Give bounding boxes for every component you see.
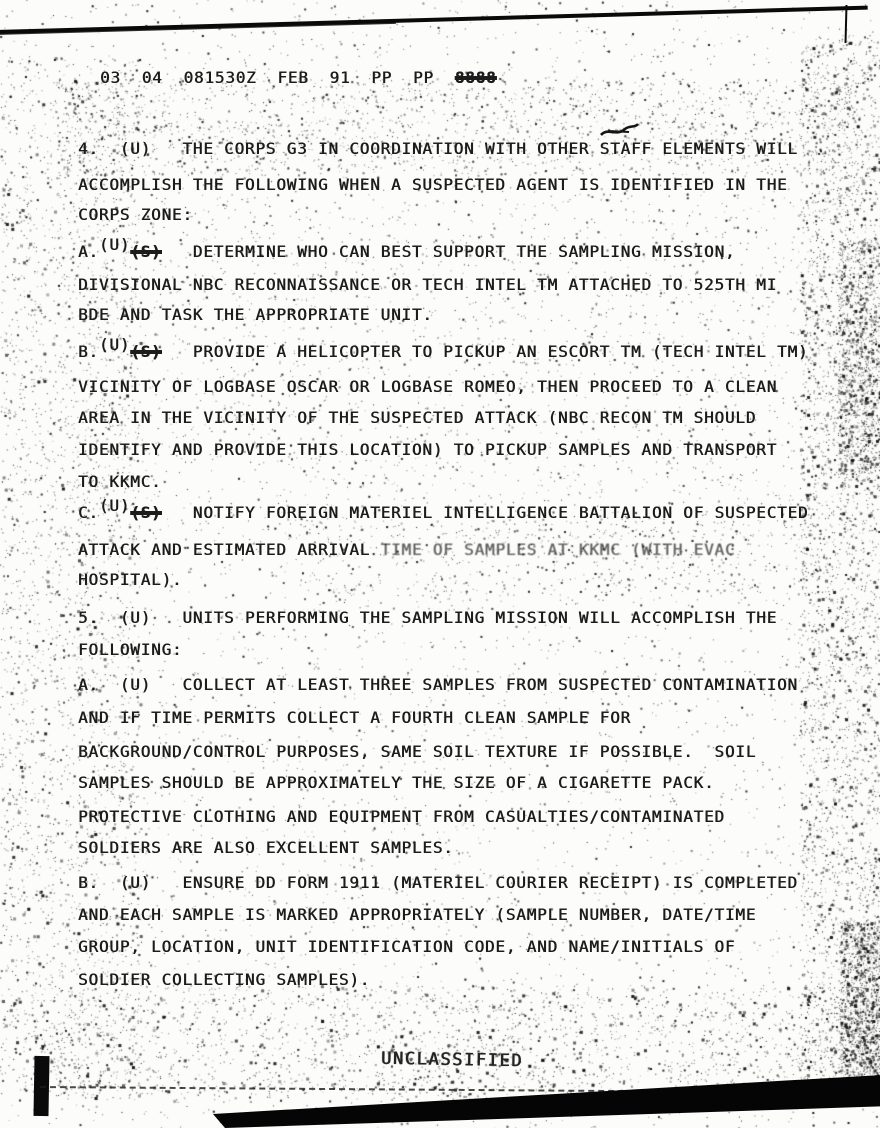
line-segment: SAMPLES SHOULD BE APPROXIMATELY THE SIZE…: [78, 773, 714, 792]
header-dtg-line: 03 04 081530Z FEB 91 PP PP 8888: [100, 68, 496, 87]
line-segment: A. (U) COLLECT AT LEAST THREE SAMPLES FR…: [78, 675, 798, 694]
line-segment: TO KKMC.: [78, 472, 161, 491]
para-4c-line-2: ATTACK AND ESTIMATED ARRIVAL TIME OF SAM…: [78, 540, 735, 559]
line-segment: (U): [99, 335, 130, 354]
line-segment: BDE AND TASK THE APPROPRIATE UNIT.: [78, 305, 433, 324]
line-segment: AND EACH SAMPLE IS MARKED APPROPRIATELY …: [78, 905, 756, 924]
para-5-line-1: 5. (U) UNITS PERFORMING THE SAMPLING MIS…: [78, 608, 777, 627]
para-5a-line-4: SAMPLES SHOULD BE APPROXIMATELY THE SIZE…: [78, 773, 714, 792]
para-5a-line-1: A. (U) COLLECT AT LEAST THREE SAMPLES FR…: [78, 675, 798, 694]
line-segment: 5. (U) UNITS PERFORMING THE SAMPLING MIS…: [78, 608, 777, 627]
para-5b-line-2: AND EACH SAMPLE IS MARKED APPROPRIATELY …: [78, 905, 756, 924]
para-4b-line-5: TO KKMC.: [78, 472, 161, 491]
para-5b-line-3: GROUP, LOCATION, UNIT IDENTIFICATION COD…: [78, 937, 735, 956]
para-4c-line-3: HOSPITAL).: [78, 570, 182, 589]
line-segment: SOLDIER COLLECTING SAMPLES).: [78, 970, 370, 989]
line-segment: PROTECTIVE CLOTHING AND EQUIPMENT FROM C…: [78, 807, 725, 826]
para-4b-line-1: B.(U)(S) PROVIDE A HELICOPTER TO PICKUP …: [78, 342, 808, 361]
para-4a-line-3: BDE AND TASK THE APPROPRIATE UNIT.: [78, 305, 433, 324]
para-4a-line-2: DIVISIONAL NBC RECONNAISSANCE OR TECH IN…: [78, 275, 777, 294]
para-4b-line-2: VICINITY OF LOGBASE OSCAR OR LOGBASE ROM…: [78, 377, 777, 396]
scan-noise-layer: [0, 0, 880, 1128]
line-segment: IDENTIFY AND PROVIDE THIS LOCATION) TO P…: [78, 440, 777, 459]
para-4-line-2: ACCOMPLISH THE FOLLOWING WHEN A SUSPECTE…: [78, 175, 787, 194]
line-segment: HOSPITAL).: [78, 570, 182, 589]
para-5a-line-6: SOLDIERS ARE ALSO EXCELLENT SAMPLES.: [78, 838, 454, 857]
line-segment: C.: [78, 503, 99, 522]
line-segment: ACCOMPLISH THE FOLLOWING WHEN A SUSPECTE…: [78, 175, 787, 194]
scanned-document-page: 03 04 081530Z FEB 91 PP PP 88884. (U) TH…: [0, 0, 880, 1128]
line-segment: DETERMINE WHO CAN BEST SUPPORT THE SAMPL…: [162, 242, 736, 261]
para-5a-line-2: AND IF TIME PERMITS COLLECT A FOURTH CLE…: [78, 708, 631, 727]
line-segment: FOLLOWING:: [78, 640, 182, 659]
para-5b-line-1: B. (U) ENSURE DD FORM 1911 (MATERIEL COU…: [78, 873, 798, 892]
line-segment: (U): [99, 235, 130, 254]
line-segment: TIME OF SAMPLES AT KKMC (WITH EVAC: [381, 540, 736, 559]
para-5a-line-5: PROTECTIVE CLOTHING AND EQUIPMENT FROM C…: [78, 807, 725, 826]
para-4b-line-3: AREA IN THE VICINITY OF THE SUSPECTED AT…: [78, 408, 756, 427]
line-segment: CORPS ZONE:: [78, 205, 193, 224]
para-5b-line-4: SOLDIER COLLECTING SAMPLES).: [78, 970, 370, 989]
line-segment: 4. (U) THE CORPS G3 IN COORDINATION WITH…: [78, 139, 798, 158]
para-5-line-2: FOLLOWING:: [78, 640, 182, 659]
line-segment: PROVIDE A HELICOPTER TO PICKUP AN ESCORT…: [162, 342, 809, 361]
para-4a-line-1: A.(U)(S) DETERMINE WHO CAN BEST SUPPORT …: [78, 242, 735, 261]
para-4-line-1: 4. (U) THE CORPS G3 IN COORDINATION WITH…: [78, 139, 798, 158]
line-segment: (U): [99, 496, 130, 515]
line-segment: B.: [78, 342, 99, 361]
para-4-line-3: CORPS ZONE:: [78, 205, 193, 224]
line-segment: ATTACK AND ESTIMATED ARRIVAL: [78, 540, 381, 559]
line-segment: A.: [78, 242, 99, 261]
struck-classification-marking: (S): [130, 503, 161, 522]
line-segment: 03 04 081530Z FEB 91 PP PP: [100, 68, 455, 87]
line-segment: DIVISIONAL NBC RECONNAISSANCE OR TECH IN…: [78, 275, 777, 294]
para-4b-line-4: IDENTIFY AND PROVIDE THIS LOCATION) TO P…: [78, 440, 777, 459]
line-segment: AREA IN THE VICINITY OF THE SUSPECTED AT…: [78, 408, 756, 427]
para-5a-line-3: BACKGROUND/CONTROL PURPOSES, SAME SOIL T…: [78, 742, 756, 761]
line-segment: NOTIFY FOREIGN MATERIEL INTELLIGENCE BAT…: [162, 503, 809, 522]
struck-classification-marking: (S): [130, 342, 161, 361]
struck-classification-marking: (S): [130, 242, 161, 261]
line-segment: B. (U) ENSURE DD FORM 1911 (MATERIEL COU…: [78, 873, 798, 892]
classification-footer: UNCLASSIFIED: [381, 1049, 523, 1071]
line-segment: AND IF TIME PERMITS COLLECT A FOURTH CLE…: [78, 708, 631, 727]
struck-classification-marking: 8888: [455, 68, 497, 87]
line-segment: BACKGROUND/CONTROL PURPOSES, SAME SOIL T…: [78, 742, 756, 761]
line-segment: SOLDIERS ARE ALSO EXCELLENT SAMPLES.: [78, 838, 454, 857]
line-segment: GROUP, LOCATION, UNIT IDENTIFICATION COD…: [78, 937, 735, 956]
para-4c-line-1: C.(U)(S) NOTIFY FOREIGN MATERIEL INTELLI…: [78, 503, 808, 522]
line-segment: VICINITY OF LOGBASE OSCAR OR LOGBASE ROM…: [78, 377, 777, 396]
